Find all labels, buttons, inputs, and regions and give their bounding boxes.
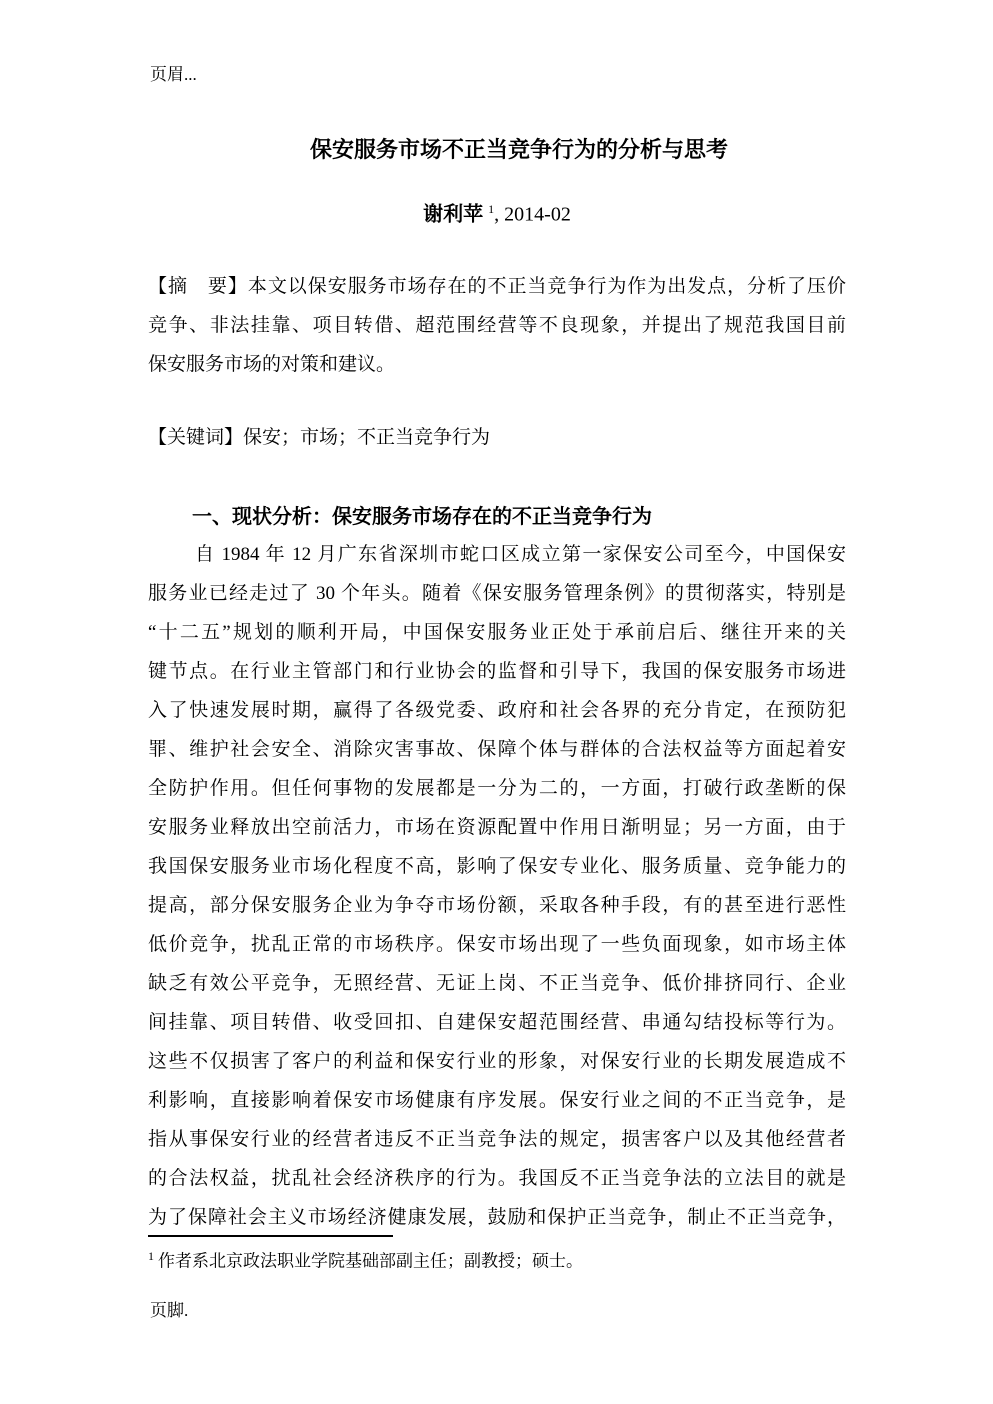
abstract-line: 保安服务市场的对策和建议。 xyxy=(148,345,846,384)
page-footer-text: 页脚. xyxy=(150,1300,188,1322)
page-header-text: 页眉... xyxy=(150,64,197,86)
document-page: 页眉... 保安服务市场不正当竞争行为的分析与思考 谢利苹1, 2014-02 … xyxy=(0,0,993,1404)
body-line: “十二五”规划的顺利开局，中国保安服务业正处于承前启后、继往开来的关 xyxy=(148,613,846,652)
body-line: 提高，部分保安服务企业为争夺市场份额，采取各种手段，有的甚至进行恶性 xyxy=(148,886,846,925)
body-line: 自 1984 年 12 月广东省深圳市蛇口区成立第一家保安公司至今，中国保安 xyxy=(148,535,846,574)
body-line: 安服务业释放出空前活力，市场在资源配置中作用日渐明显；另一方面，由于 xyxy=(148,808,846,847)
section-heading: 一、现状分析：保安服务市场存在的不正当竞争行为 xyxy=(148,498,846,537)
footnote-ref-number: 1 xyxy=(148,1249,154,1263)
author-line: 谢利苹1, 2014-02 xyxy=(148,194,846,230)
body-line: 利影响，直接影响着保安市场健康有序发展。保安行业之间的不正当竞争，是 xyxy=(148,1081,846,1120)
body-line: 间挂靠、项目转借、收受回扣、自建保安超范围经营、串通勾结投标等行为。 xyxy=(148,1003,846,1042)
body-line: 入了快速发展时期，赢得了各级党委、政府和社会各界的充分肯定，在预防犯 xyxy=(148,691,846,730)
author-name: 谢利苹 xyxy=(423,204,483,226)
abstract-paragraph: 【摘 要】本文以保安服务市场存在的不正当竞争行为作为出发点，分析了压价竞争、非法… xyxy=(148,267,846,384)
body-line: 的合法权益，扰乱社会经济秩序的行为。我国反不正当竞争法的立法目的就是 xyxy=(148,1159,846,1198)
body-line: 键节点。在行业主管部门和行业协会的监督和引导下，我国的保安服务市场进 xyxy=(148,652,846,691)
article-title: 保安服务市场不正当竞争行为的分析与思考 xyxy=(148,133,846,167)
body-line: 低价竞争，扰乱正常的市场秩序。保安市场出现了一些负面现象，如市场主体 xyxy=(148,925,846,964)
body-line: 服务业已经走过了 30 个年头。随着《保安服务管理条例》的贯彻落实，特别是 xyxy=(148,574,846,613)
footnote: 1作者系北京政法职业学院基础部副主任；副教授；硕士。 xyxy=(148,1243,846,1275)
body-paragraph: 自 1984 年 12 月广东省深圳市蛇口区成立第一家保安公司至今，中国保安服务… xyxy=(148,535,846,1237)
author-date: , 2014-02 xyxy=(494,204,571,226)
keywords-line: 【关键词】保安；市场；不正当竞争行为 xyxy=(148,418,846,457)
body-line: 全防护作用。但任何事物的发展都是一分为二的，一方面，打破行政垄断的保 xyxy=(148,769,846,808)
body-line: 为了保障社会主义市场经济健康发展，鼓励和保护正当竞争，制止不正当竞争， xyxy=(148,1198,846,1237)
body-line: 缺乏有效公平竞争，无照经营、无证上岗、不正当竞争、低价排挤同行、企业 xyxy=(148,964,846,1003)
footnote-text: 作者系北京政法职业学院基础部副主任；副教授；硕士。 xyxy=(158,1252,583,1271)
footnote-separator xyxy=(148,1235,393,1237)
abstract-line: 竞争、非法挂靠、项目转借、超范围经营等不良现象，并提出了规范我国目前 xyxy=(148,306,846,345)
abstract-line: 【摘 要】本文以保安服务市场存在的不正当竞争行为作为出发点，分析了压价 xyxy=(148,267,846,306)
body-line: 我国保安服务业市场化程度不高，影响了保安专业化、服务质量、竞争能力的 xyxy=(148,847,846,886)
body-line: 这些不仅损害了客户的利益和保安行业的形象，对保安行业的长期发展造成不 xyxy=(148,1042,846,1081)
body-line: 罪、维护社会安全、消除灾害事故、保障个体与群体的合法权益等方面起着安 xyxy=(148,730,846,769)
body-line: 指从事保安行业的经营者违反不正当竞争法的规定，损害客户以及其他经营者 xyxy=(148,1120,846,1159)
